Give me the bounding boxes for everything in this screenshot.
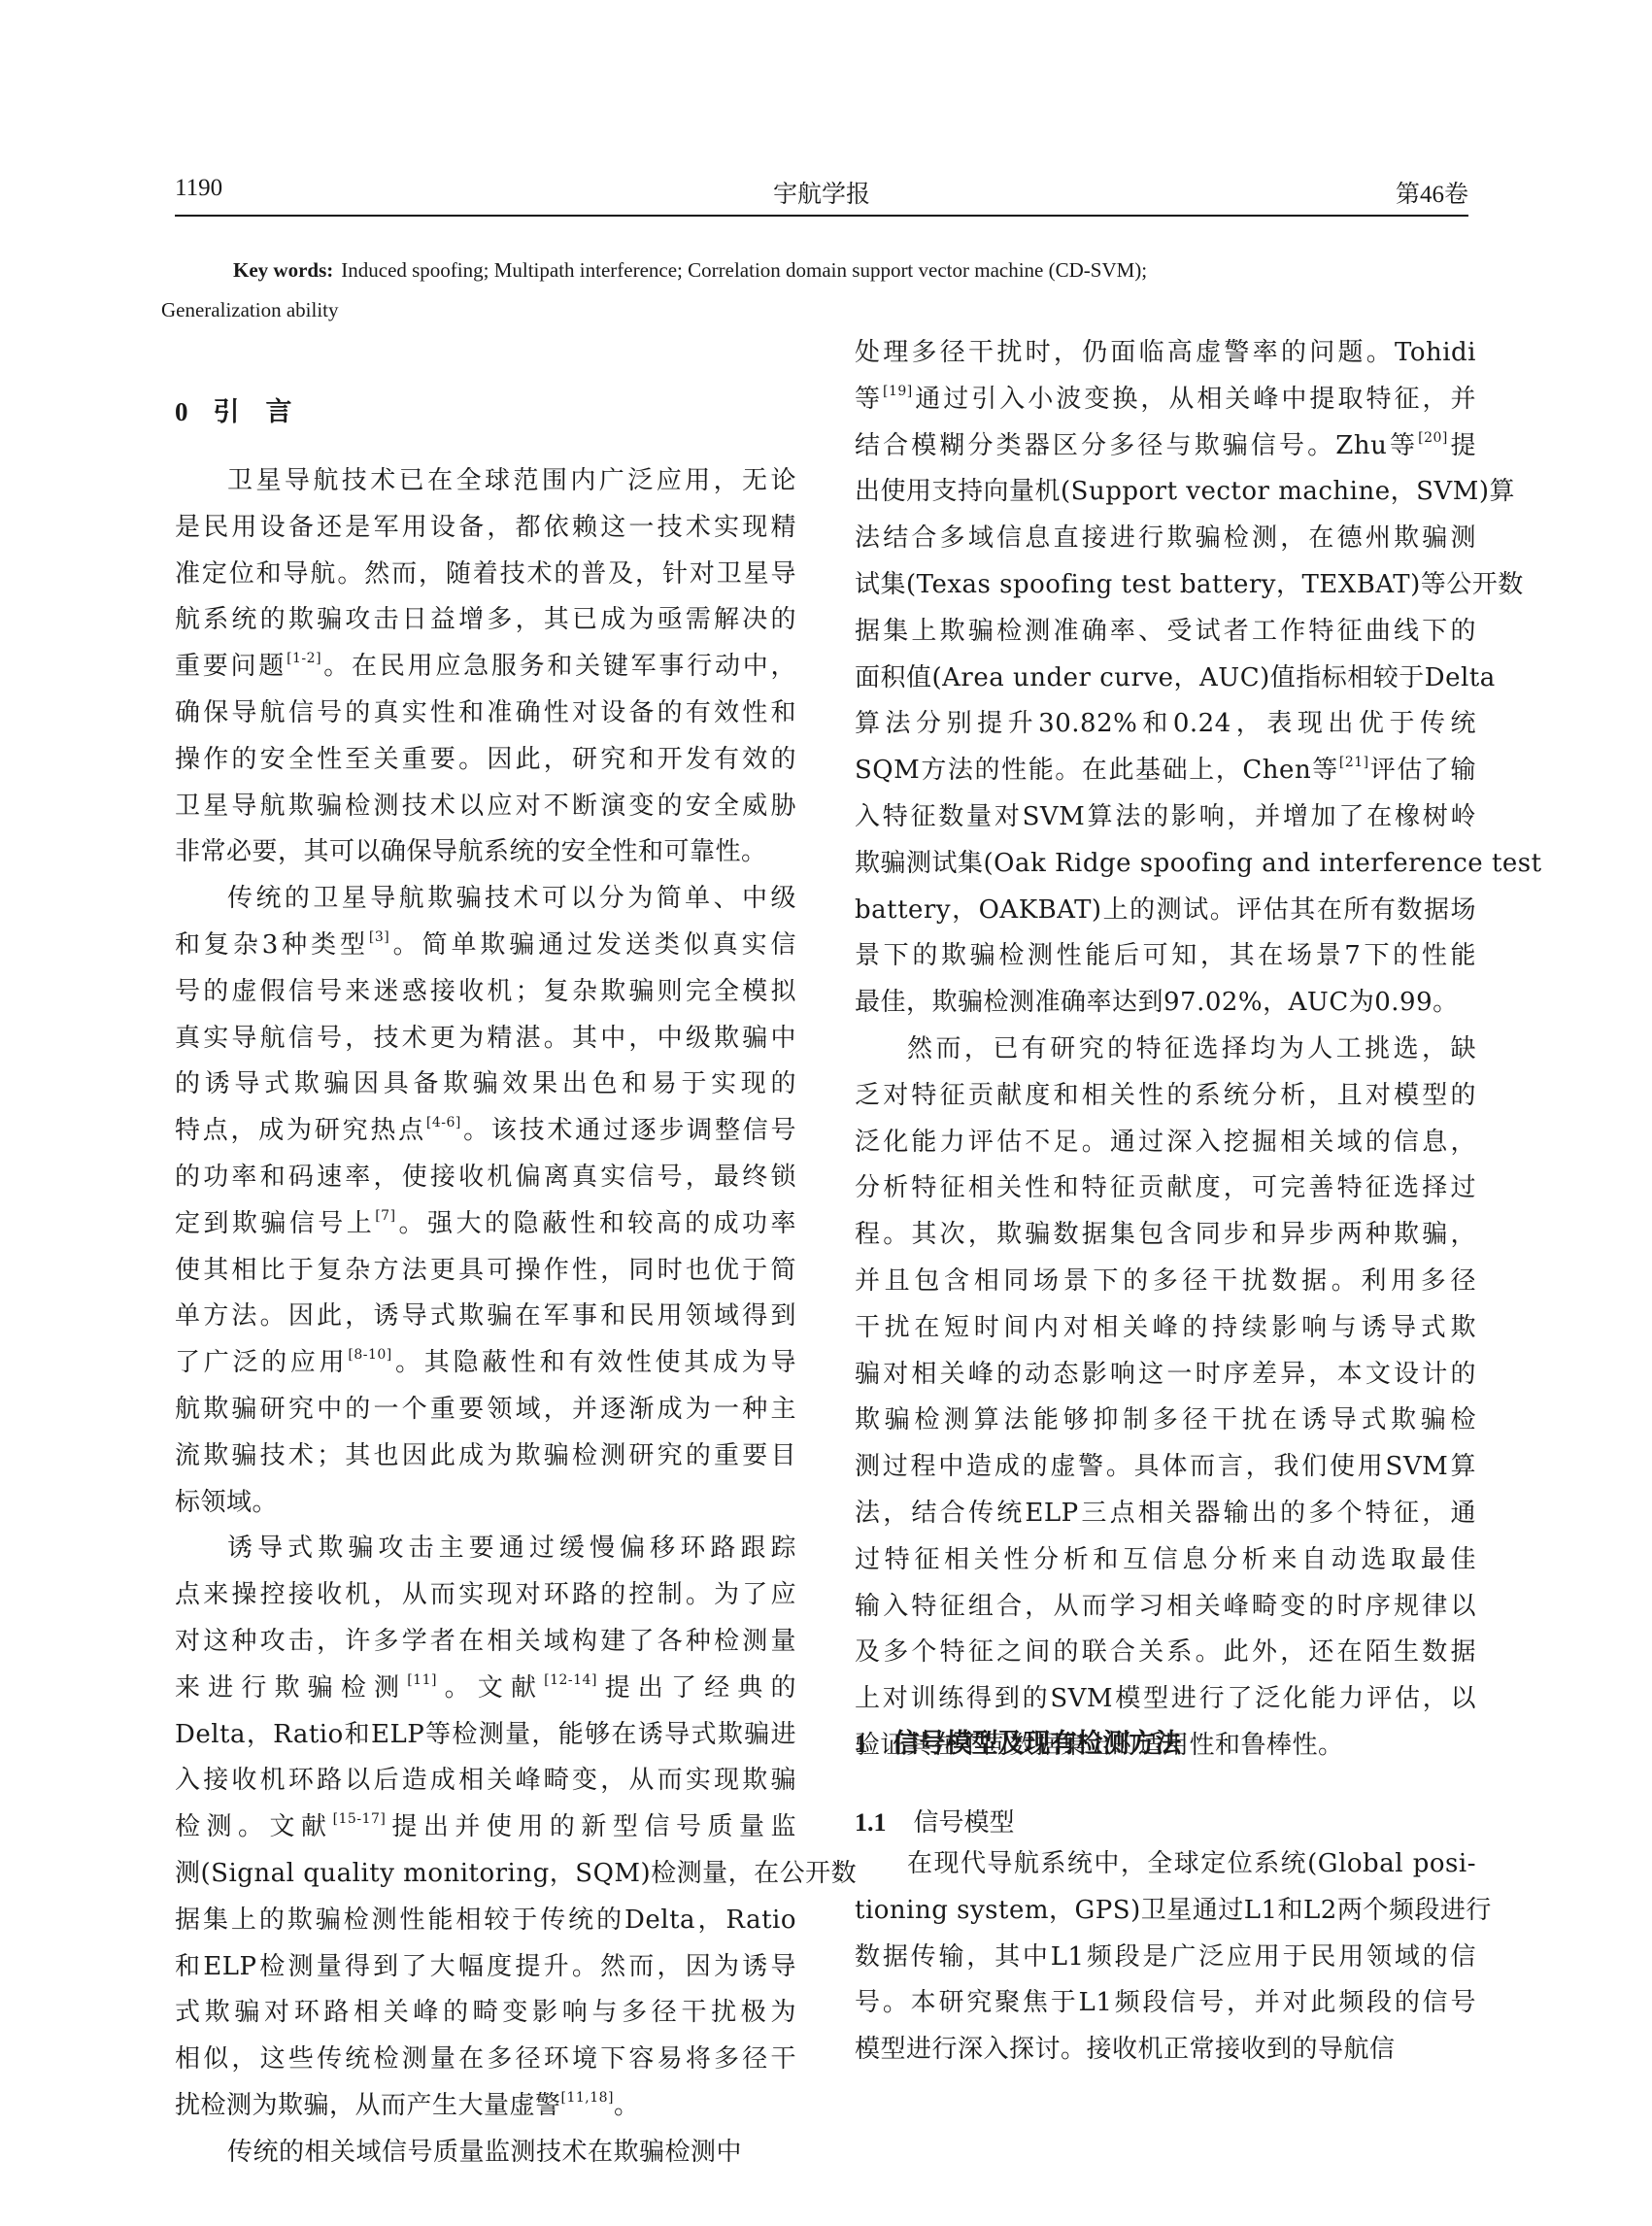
citation: [11]	[407, 1672, 437, 1688]
text-line: 过特征相关性分析和互信息分析来自动选取最佳	[855, 1536, 1476, 1583]
text-line: 真实导航信号，技术更为精湛。其中，中级欺骗中	[175, 1015, 796, 1062]
text-line: 测过程中造成的虚警。具体而言，我们使用SVM算	[855, 1443, 1476, 1490]
text-line: 出使用支持向量机(Support vector machine，SVM)算	[855, 468, 1476, 515]
keywords-block: Key words:Induced spoofing; Multipath in…	[233, 251, 1457, 330]
text-line: 了广泛的应用[8-10]。其隐蔽性和有效性使其成为导	[175, 1339, 796, 1386]
text-line: 等[19]通过引入小波变换，从相关峰中提取特征，并	[855, 376, 1476, 422]
text-line: SQM方法的性能。在此基础上，Chen等[21]评估了输	[855, 747, 1476, 793]
text-line: 准定位和导航。然而，随着技术的普及，针对卫星导	[175, 551, 796, 597]
text-line: 来进行欺骗检测[11]。文献[12-14]提出了经典的	[175, 1665, 796, 1711]
text-line: 入接收机环路以后造成相关峰畸变，从而实现欺骗	[175, 1757, 796, 1804]
subsection-title: 信号模型	[914, 1808, 1015, 1838]
citation: [20]	[1418, 430, 1448, 446]
text-line: 欺骗检测算法能够抑制多径干扰在诱导式欺骗检	[855, 1397, 1476, 1443]
section-title: 引 言	[214, 397, 292, 427]
text-line: 据集上欺骗检测准确率、受试者工作特征曲线下的	[855, 608, 1476, 655]
text-line: 传统的卫星导航欺骗技术可以分为简单、中级	[175, 875, 796, 922]
text-line: 航欺骗研究中的一个重要领域，并逐渐成为一种主	[175, 1386, 796, 1433]
section-0-heading: 0引 言	[175, 392, 292, 432]
text-line: 的功率和码速率，使接收机偏离真实信号，最终锁	[175, 1154, 796, 1200]
text-line: 干扰在短时间内对相关峰的持续影响与诱导式欺	[855, 1304, 1476, 1351]
text-line: 数据传输，其中L1频段是广泛应用于民用领域的信	[855, 1934, 1476, 1980]
text-line: 泛化能力评估不足。通过深入挖掘相关域的信息，	[855, 1119, 1476, 1165]
text-line: 的诱导式欺骗因具备欺骗效果出色和易于实现的	[175, 1061, 796, 1107]
citation: [4-6]	[426, 1115, 461, 1130]
text-line: 航系统的欺骗攻击日益增多，其已成为亟需解决的	[175, 596, 796, 643]
text-line: 分析特征相关性和特征贡献度，可完善特征选择过	[855, 1164, 1476, 1211]
section-number: 0	[175, 397, 188, 426]
text-line: 试集(Texas spoofing test battery，TEXBAT)等公…	[855, 561, 1476, 608]
subsection-1-1-heading: 1.1信号模型	[855, 1804, 1015, 1842]
text-line: 景下的欺骗检测性能后可知，其在场景7下的性能	[855, 932, 1476, 979]
citation: [1-2]	[287, 651, 321, 666]
text-line: tioning system，GPS)卫星通过L1和L2两个频段进行	[855, 1887, 1476, 1934]
text-line: 定到欺骗信号上[7]。强大的隐蔽性和较高的成功率	[175, 1200, 796, 1247]
text-line: 卫星导航欺骗检测技术以应对不断演变的安全威胁	[175, 783, 796, 829]
citation: [12-14]	[544, 1672, 597, 1688]
text-line: 乏对特征贡献度和相关性的系统分析，且对模型的	[855, 1072, 1476, 1119]
text-line: 在现代导航系统中，全球定位系统(Global posi-	[855, 1840, 1476, 1887]
text-line: 模型进行深入探讨。接收机正常接收到的导航信	[855, 2026, 1476, 2073]
text-line: 相似，这些传统检测量在多径环境下容易将多径干	[175, 2036, 796, 2082]
citation: [7]	[375, 1208, 395, 1224]
text-line: 据集上的欺骗检测性能相较于传统的Delta，Ratio	[175, 1897, 796, 1943]
keywords-line-1: Key words:Induced spoofing; Multipath in…	[233, 251, 1457, 290]
text-line: 欺骗测试集(Oak Ridge spoofing and interferenc…	[855, 840, 1476, 887]
text-line: 式欺骗对环路相关峰的畸变影响与多径干扰极为	[175, 1989, 796, 2036]
volume-label: 第46卷	[1396, 175, 1468, 210]
text-line: 传统的相关域信号质量监测技术在欺骗检测中	[175, 2129, 796, 2175]
text-line: 输入特征组合，从而学习相关峰畸变的时序规律以	[855, 1583, 1476, 1630]
section-title: 信号模型及现有检测方法	[893, 1729, 1182, 1759]
text-line: 确保导航信号的真实性和准确性对设备的有效性和	[175, 690, 796, 736]
text-line: 对这种攻击，许多学者在相关域构建了各种检测量	[175, 1618, 796, 1665]
text-line: 结合模糊分类器区分多径与欺骗信号。Zhu等[20]提	[855, 422, 1476, 469]
text-line: 最佳，欺骗检测准确率达到97.02%，AUC为0.99。	[855, 979, 1476, 1026]
keywords-label: Key words:	[233, 258, 333, 282]
citation: [3]	[369, 929, 389, 945]
text-line: 是民用设备还是军用设备，都依赖这一技术实现精	[175, 504, 796, 551]
section-1-heading: 1信号模型及现有检测方法	[855, 1724, 1182, 1764]
text-line: 处理多径干扰时，仍面临高虚警率的问题。Tohidi	[855, 329, 1476, 376]
text-line: 法，结合传统ELP三点相关器输出的多个特征，通	[855, 1490, 1476, 1536]
citation: [8-10]	[348, 1347, 391, 1363]
text-line: 标领域。	[175, 1479, 796, 1526]
text-line: 特点，成为研究热点[4-6]。该技术通过逐步调整信号	[175, 1107, 796, 1154]
text-line: 入特征数量对SVM算法的影响，并增加了在橡树岭	[855, 793, 1476, 840]
text-line: 和ELP检测量得到了大幅度提升。然而，因为诱导	[175, 1943, 796, 1990]
text-line: 测(Signal quality monitoring，SQM)检测量，在公开数	[175, 1850, 796, 1897]
text-line: 单方法。因此，诱导式欺骗在军事和民用领域得到	[175, 1293, 796, 1339]
text-line: 卫星导航技术已在全球范围内广泛应用，无论	[175, 457, 796, 504]
text-line: 号的虚假信号来迷惑接收机；复杂欺骗则完全模拟	[175, 968, 796, 1015]
citation: [21]	[1339, 755, 1369, 770]
subsection-number: 1.1	[855, 1808, 887, 1837]
running-header: 1190 宇航学报 第46卷	[175, 175, 1468, 208]
journal-title: 宇航学报	[175, 175, 1468, 210]
text-line: battery，OAKBAT)上的测试。评估其在所有数据场	[855, 887, 1476, 933]
text-line: 号。本研究聚焦于L1频段信号，并对此频段的信号	[855, 1979, 1476, 2026]
text-line: 算法分别提升30.82%和0.24，表现出优于传统	[855, 700, 1476, 747]
text-line: 流欺骗技术；其也因此成为欺骗检测研究的重要目	[175, 1433, 796, 1479]
section-number: 1	[855, 1729, 868, 1758]
citation: [15-17]	[333, 1811, 387, 1827]
text-line: 并且包含相同场景下的多径干扰数据。利用多径	[855, 1258, 1476, 1304]
header-rule	[175, 215, 1468, 217]
text-line: 使其相比于复杂方法更具可操作性，同时也优于简	[175, 1247, 796, 1294]
text-line: 程。其次，欺骗数据集包含同步和异步两种欺骗，	[855, 1211, 1476, 1258]
keywords-text: Induced spoofing; Multipath interference…	[341, 258, 1147, 282]
text-line: 上对训练得到的SVM模型进行了泛化能力评估，以	[855, 1675, 1476, 1722]
text-line: 面积值(Area under curve，AUC)值指标相较于Delta	[855, 655, 1476, 701]
text-line: Delta，Ratio和ELP等检测量，能够在诱导式欺骗进	[175, 1711, 796, 1758]
citation: [11,18]	[561, 2090, 615, 2106]
text-line: 扰检测为欺骗，从而产生大量虚警[11,18]。	[175, 2082, 796, 2129]
keywords-line-2: Generalization ability	[161, 290, 1457, 330]
text-line: 操作的安全性至关重要。因此，研究和开发有效的	[175, 736, 796, 783]
text-line: 非常必要，其可以确保导航系统的安全性和可靠性。	[175, 828, 796, 875]
citation: [19]	[883, 384, 913, 399]
text-line: 法结合多域信息直接进行欺骗检测，在德州欺骗测	[855, 515, 1476, 561]
text-line: 检测。文献[15-17]提出并使用的新型信号质量监	[175, 1804, 796, 1850]
text-line: 及多个特征之间的联合关系。此外，还在陌生数据	[855, 1629, 1476, 1675]
text-line: 重要问题[1-2]。在民用应急服务和关键军事行动中，	[175, 643, 796, 690]
text-line: 和复杂3种类型[3]。简单欺骗通过发送类似真实信	[175, 922, 796, 968]
text-line: 诱导式欺骗攻击主要通过缓慢偏移环路跟踪	[175, 1525, 796, 1571]
text-line: 然而，已有研究的特征选择均为人工挑选，缺	[855, 1026, 1476, 1072]
text-line: 点来操控接收机，从而实现对环路的控制。为了应	[175, 1571, 796, 1618]
text-line: 骗对相关峰的动态影响这一时序差异，本文设计的	[855, 1351, 1476, 1398]
